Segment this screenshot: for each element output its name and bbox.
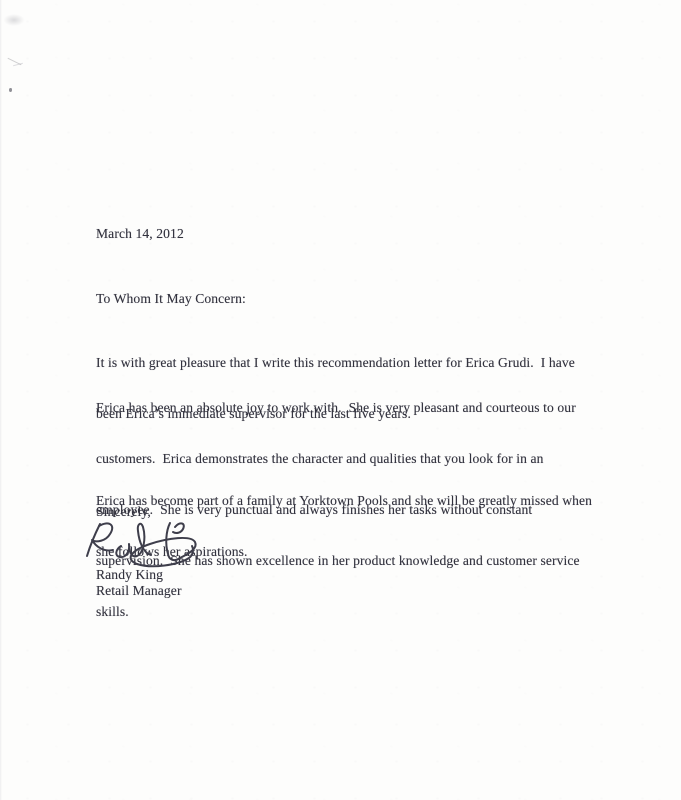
signer-title: Retail Manager	[96, 582, 182, 599]
letter-line: Erica has become part of a family at Yor…	[96, 492, 592, 509]
scan-edge-shadow	[0, 0, 2, 800]
scanned-letter-page: March 14, 2012 To Whom It May Concern: I…	[0, 0, 681, 800]
letter-salutation: To Whom It May Concern:	[96, 290, 246, 307]
letter-date: March 14, 2012	[96, 225, 184, 242]
handwritten-signature-icon	[82, 518, 212, 572]
letter-line: skills.	[96, 603, 580, 620]
scan-smudge-artifact	[0, 12, 28, 28]
signer-name: Randy King	[96, 566, 163, 583]
letter-line: Erica has been an absolute joy to work w…	[96, 399, 580, 416]
scan-tick-artifact	[13, 63, 23, 66]
scan-speck-artifact	[9, 88, 12, 92]
